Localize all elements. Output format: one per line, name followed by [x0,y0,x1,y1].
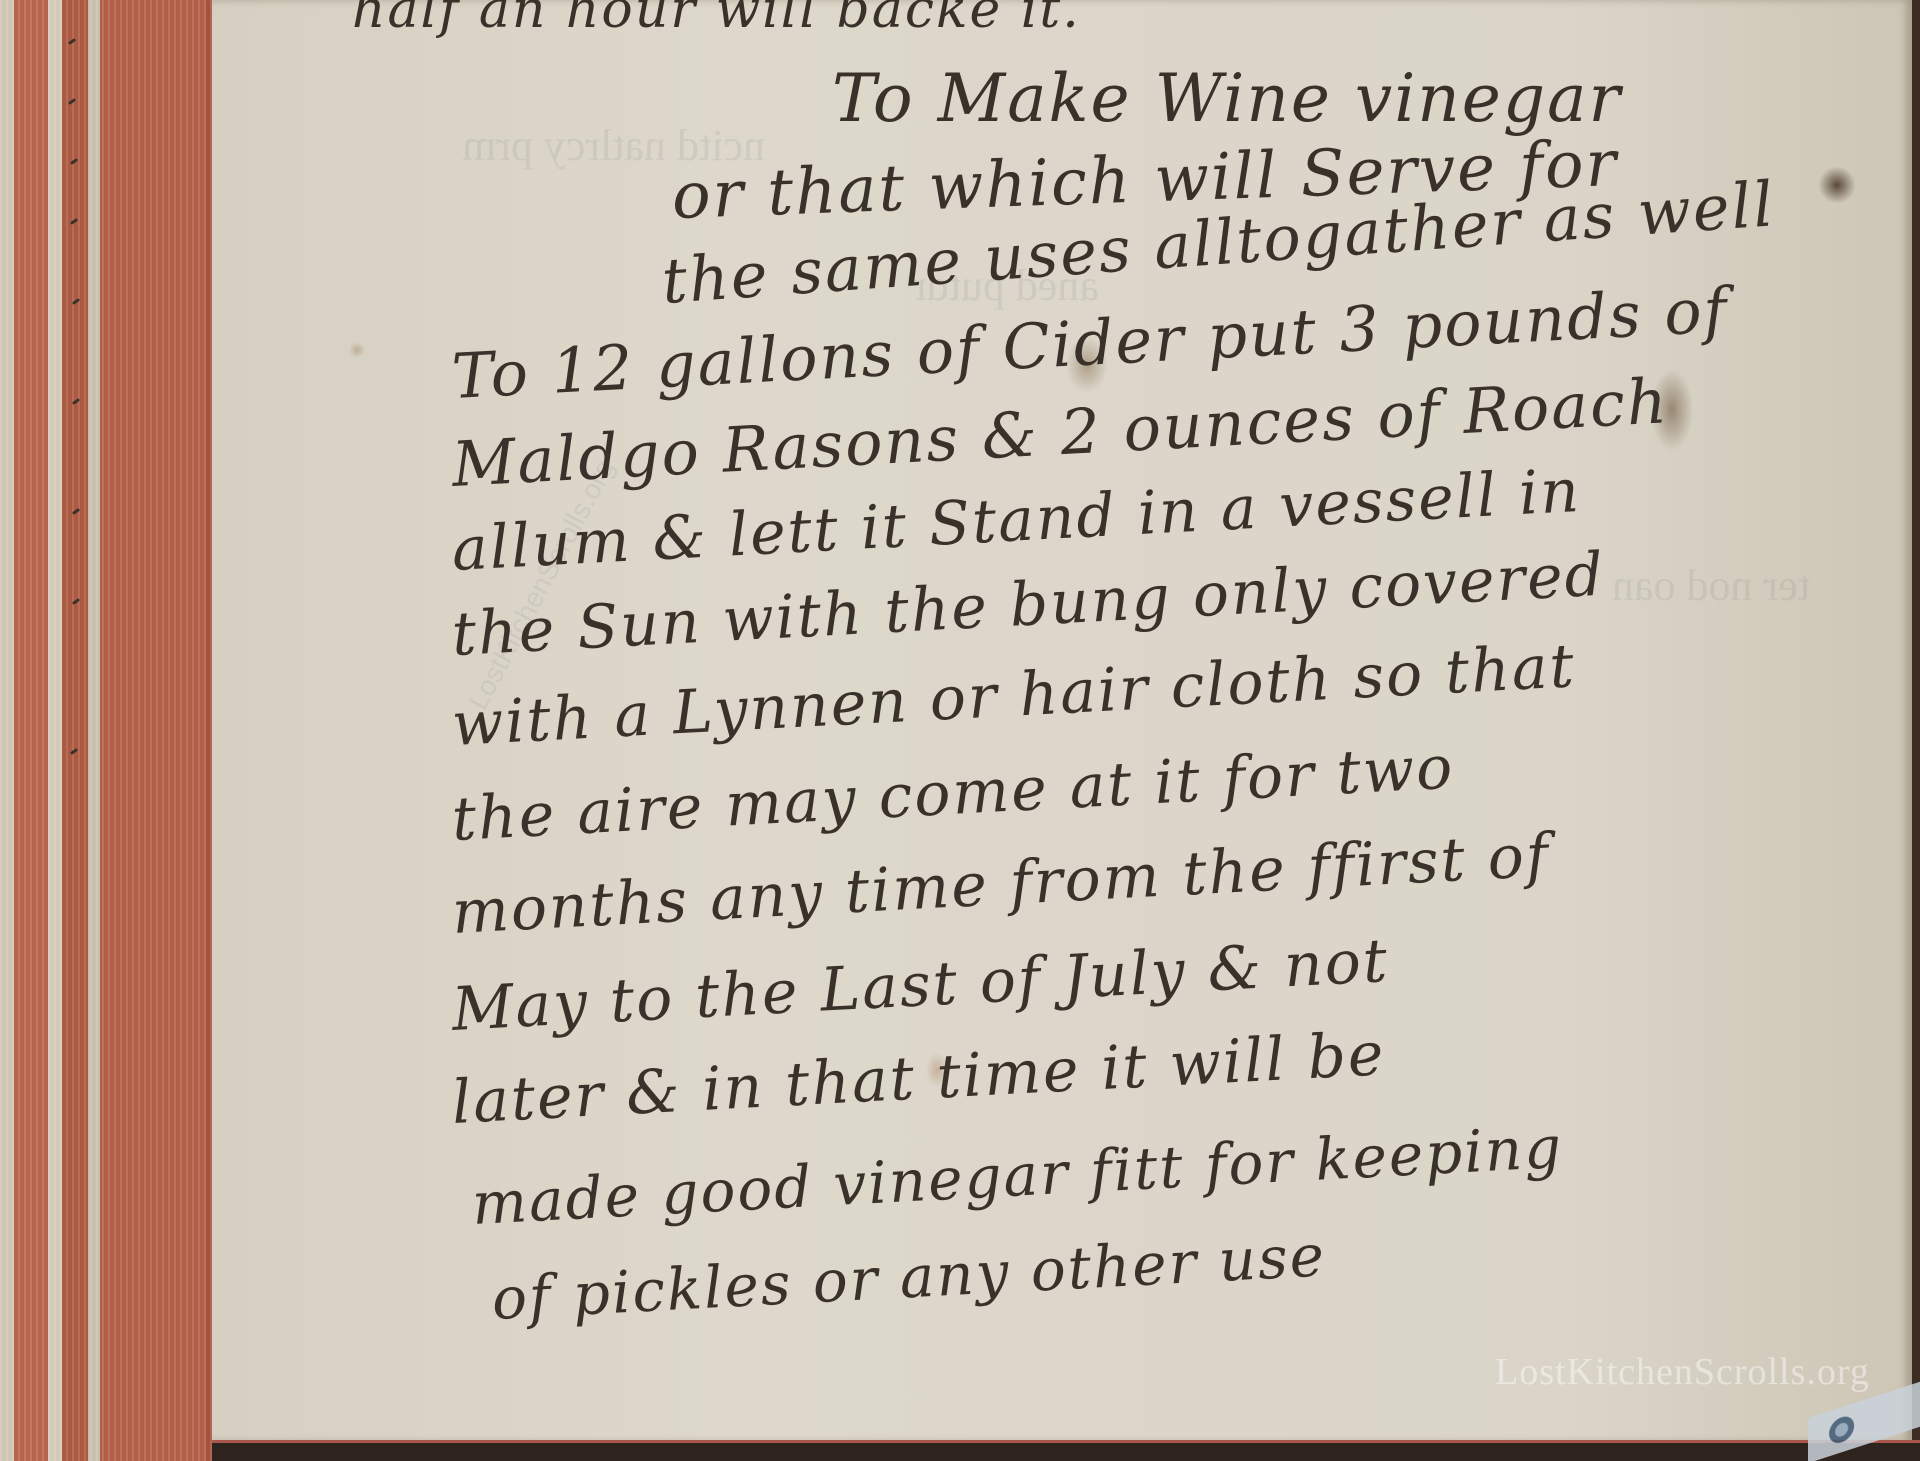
marginal-mark [70,218,78,225]
marginal-mark [70,748,78,755]
marginal-mark [72,298,80,305]
manuscript-photo: ncitd natlrcy prm aned putdr ter nod oan… [0,0,1920,1461]
recipe-title-line-1: To Make Wine vinegar [832,60,1622,137]
recipe-body-line-11: of pickles or any other use [490,1221,1327,1333]
manuscript-page: ncitd natlrcy prm aned putdr ter nod oan… [212,0,1912,1442]
marginal-mark [68,98,76,105]
recipe-body-line-10: made good vinegar fitt for keeping [470,1113,1564,1238]
marginal-mark [72,398,80,405]
page-edge-stack [0,0,215,1461]
marginal-mark [72,598,80,605]
marginal-mark [70,158,78,165]
book-bottom-edge [212,1440,1920,1461]
site-watermark: LostKitchenScrolls.org [1495,1350,1870,1394]
show-through-text: ter nod oan [1612,560,1810,611]
marginal-mark [72,508,80,515]
page-right-edge [1912,0,1920,1461]
carryover-line: half an hour will backe it. [352,0,1081,40]
marginal-mark [68,38,76,45]
